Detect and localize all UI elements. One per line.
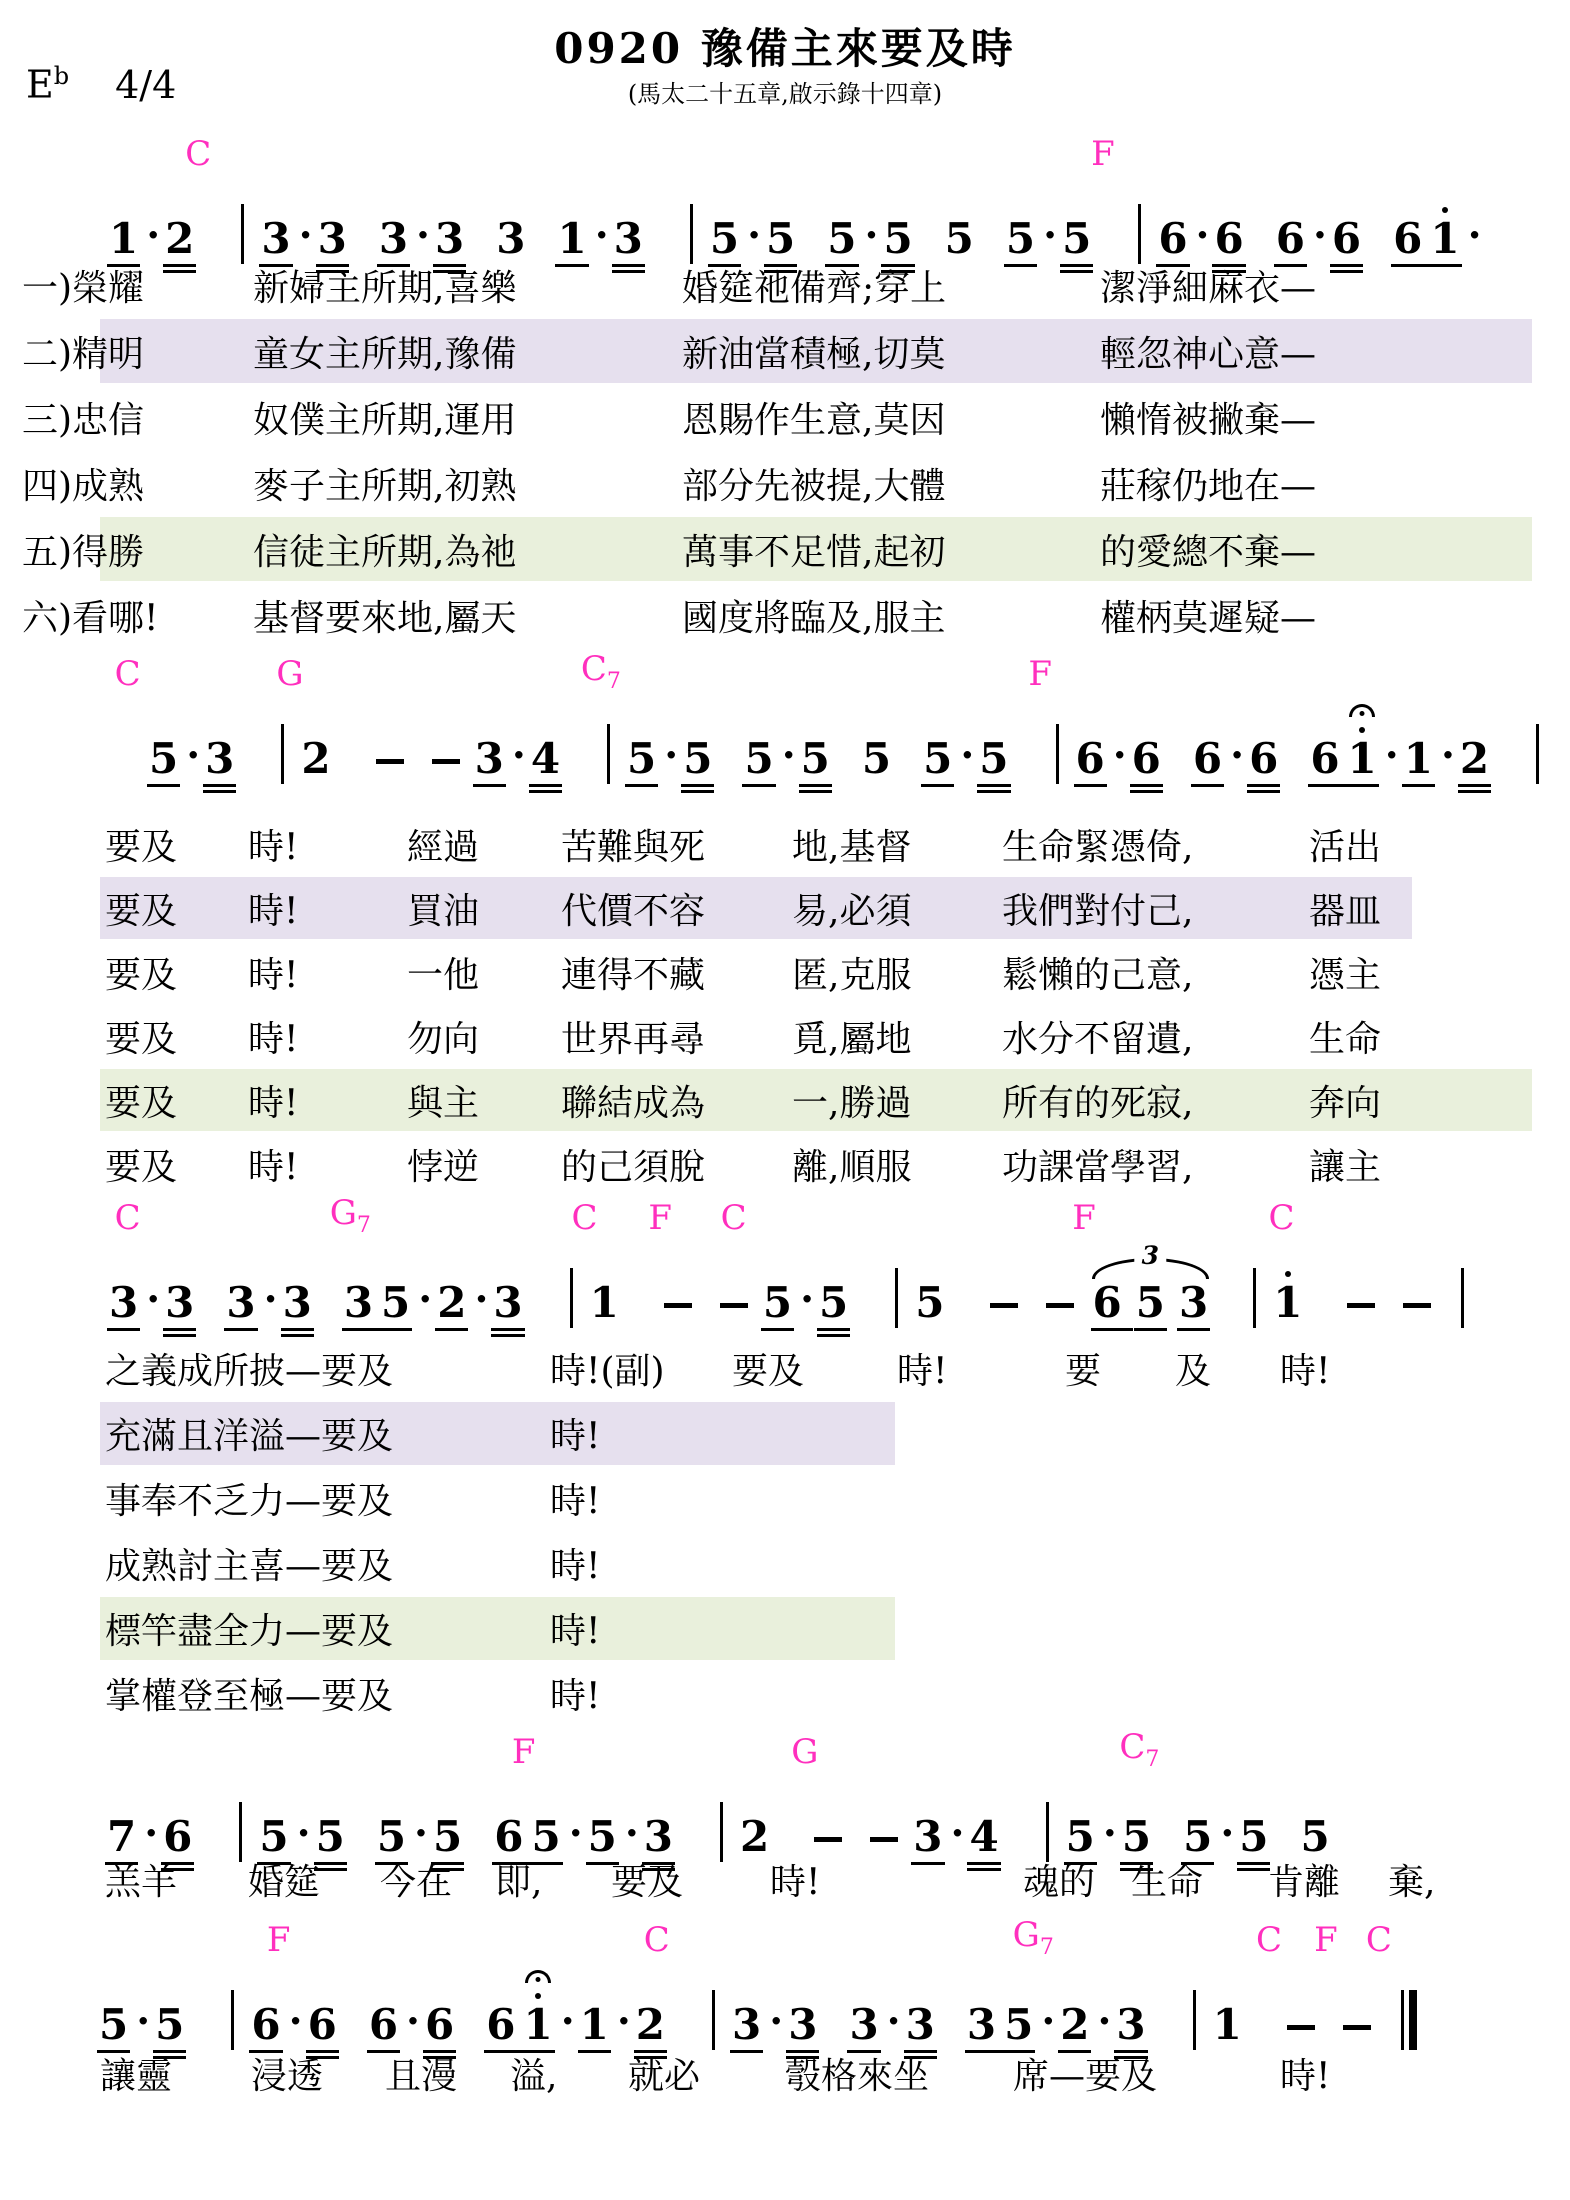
- lyric-cell: 及: [1175, 1343, 1280, 1394]
- lyric-cell: 時!: [248, 947, 407, 998]
- chorus-row: 之義成所披—要及時!(副)要及時!要及時!: [0, 1336, 1570, 1401]
- duration-dot: ·: [617, 2002, 631, 2042]
- lyric-cell: 讓靈: [100, 2048, 251, 2099]
- lyric-cell: 要及: [105, 1139, 248, 1190]
- chord-label: C: [1256, 1920, 1282, 1960]
- lyric-cell: 輕忽神心意—: [1100, 326, 1316, 377]
- lyric-cell: 國度將臨及,服主: [682, 590, 1100, 641]
- note-number: 2: [301, 734, 330, 783]
- key-signature: Eb4/4: [26, 62, 176, 107]
- lyric-cell: 器皿: [1309, 883, 1381, 934]
- note-dash: [376, 759, 404, 764]
- verse-block: 一)榮耀新婦主所期,喜樂婚筵祂備齊;穿上潔淨細麻衣—二)精明童女主所期,豫備新油…: [0, 252, 1570, 648]
- lyric-cell: 一)榮耀: [22, 260, 253, 311]
- note: 3: [204, 738, 235, 780]
- duration-dot: ·: [951, 1814, 965, 1854]
- lyric-cell: 麥子主所期,初熟: [253, 458, 682, 509]
- chord-label: F: [267, 1920, 291, 1960]
- chorus-row: 標竿盡全力—要及時!: [0, 1596, 1570, 1661]
- barline: [712, 1990, 715, 2050]
- chorus-row: 充滿且洋溢—要及時!: [0, 1401, 1570, 1466]
- verse-row: 四)成熟麥子主所期,初熟部分先被提,大體莊稼仍地在—: [0, 450, 1570, 516]
- note-number: 6: [425, 2000, 454, 2049]
- music-line-3: CG7CFCFC 3·33·335·2·315·5536531: [0, 1190, 1570, 1340]
- scripture-reference: (馬太二十五章,啟示錄十四章): [0, 74, 1570, 109]
- note-dash: [1287, 2025, 1315, 2030]
- note: 5: [743, 738, 774, 780]
- lyric-cell: 時!: [248, 1011, 407, 1062]
- note-dash: [1347, 1303, 1375, 1308]
- note-number: 1: [523, 2000, 552, 2049]
- lyric-cell: 時!: [248, 1075, 407, 1126]
- note: 3: [282, 1282, 313, 1324]
- lyric-cell: 童女主所期,豫備: [253, 326, 682, 377]
- barline: [1461, 1268, 1464, 1328]
- note: 3: [164, 1282, 195, 1324]
- lyric-cell: 買油: [407, 883, 561, 934]
- fermata-icon: [1349, 704, 1375, 717]
- note-number: 3: [849, 2000, 878, 2049]
- note-number: 6: [486, 2000, 515, 2049]
- note: 5: [914, 1282, 945, 1324]
- lyric-cell: 三)忠信: [22, 392, 253, 443]
- lyric-cell: 婚筵: [248, 1854, 380, 1905]
- note: 5: [682, 738, 713, 780]
- barline: [607, 724, 610, 784]
- refrain-row: 要及時!經過苦難與死地,基督生命緊憑倚,活出: [0, 812, 1570, 876]
- duration-dot: ·: [782, 736, 796, 776]
- note-dash: [1403, 1303, 1431, 1308]
- barline: [231, 1990, 234, 2050]
- chorus-row: 掌權登至極—要及時!: [0, 1661, 1570, 1726]
- note-number: 3: [967, 2000, 996, 2049]
- duration-dot: ·: [474, 1280, 488, 1320]
- note-number: 5: [99, 2000, 128, 2049]
- note-number: 5: [683, 734, 712, 783]
- hymn-sheet-page: { "header": { "title": "0920 豫備主來要及時", "…: [0, 0, 1570, 2200]
- note: 2: [1059, 2004, 1090, 2046]
- note-number: 2: [1460, 734, 1489, 783]
- note: 4: [530, 738, 561, 780]
- note: 3: [108, 1282, 139, 1324]
- duration-dot: ·: [865, 216, 879, 256]
- lyric-cell: 時!: [550, 1603, 600, 1654]
- chord-row: FCG7CFC: [0, 1912, 1570, 1962]
- note: 5: [762, 1282, 793, 1324]
- lyric-cell: 懶惰被撇棄—: [1100, 392, 1316, 443]
- note: 3: [1115, 2004, 1146, 2046]
- chord-label: C7: [1119, 1727, 1159, 1772]
- note: 1: [1212, 2004, 1243, 2046]
- lyric-cell: 活出: [1309, 819, 1381, 870]
- lyric-cell: 苦難與死: [561, 819, 792, 870]
- note-number: 5: [1136, 1278, 1165, 1327]
- lyric-cell: 浸透: [251, 2048, 385, 2099]
- verse-row: 三)忠信奴僕主所期,運用恩賜作生意,莫因懶惰被撇棄—: [0, 384, 1570, 450]
- lyric-cell: 要及: [105, 1075, 248, 1126]
- lyric-cell: 萬事不足惜,起初: [682, 524, 1100, 575]
- lyric-cell: 時!: [550, 1538, 600, 1589]
- note: 6: [1248, 738, 1279, 780]
- chord-row: CF: [0, 126, 1570, 176]
- lyric-cell: 新婦主所期,喜樂: [253, 260, 682, 311]
- lyric-cell: 與主: [407, 1075, 561, 1126]
- lyric-cell: 時!: [550, 1668, 600, 1719]
- note-number: 3: [283, 1278, 312, 1327]
- lyric-cell: 婚筵祂備齊;穿上: [682, 260, 1100, 311]
- lyric-cell: 要及: [611, 1854, 770, 1905]
- lyric-cell: 今在: [380, 1854, 495, 1905]
- lyric-cell: 五)得勝: [22, 524, 253, 575]
- duration-dot: ·: [1103, 1814, 1117, 1854]
- lyric-cell: 要及: [732, 1343, 897, 1394]
- duration-dot: ·: [289, 2002, 303, 2042]
- note-number: 3: [1179, 1278, 1208, 1327]
- chord-label: G: [276, 654, 303, 694]
- lyric-cell: 水分不留遺,: [1002, 1011, 1309, 1062]
- duration-dot: ·: [1097, 2002, 1111, 2042]
- barline: [1253, 1268, 1256, 1328]
- duration-dot: ·: [747, 216, 761, 256]
- lyric-cell: 聯結成為: [561, 1075, 792, 1126]
- chord-label: F: [1072, 1198, 1096, 1238]
- duration-dot: ·: [595, 216, 609, 256]
- duration-dot: ·: [512, 736, 526, 776]
- lyric-cell: 地,基督: [792, 819, 1002, 870]
- lyric-cell: 就必: [628, 2048, 785, 2099]
- note-number: 6: [251, 2000, 280, 2049]
- note: 3: [731, 2004, 762, 2046]
- note-number: 3: [344, 1278, 373, 1327]
- lyric-cell: 易,必須: [792, 883, 1002, 934]
- note-number: 5: [801, 734, 830, 783]
- chorus-row: 事奉不乏力—要及時!: [0, 1466, 1570, 1531]
- duration-dot: ·: [1468, 216, 1482, 256]
- music-line-5: FCG7CFC 5·56·66·661·1·23·33·335·2·31: [0, 1912, 1570, 2062]
- lyric-row: 羔羊婚筵今在即,要及時!魂的生命肯離棄,: [0, 1850, 1570, 1908]
- octave-dot: [1359, 727, 1365, 733]
- note-number: 4: [531, 734, 560, 783]
- music-line-2: CGC7F 5·323·45·55·555·56·66·661·1·2: [0, 646, 1570, 796]
- note-dash: [664, 1303, 692, 1308]
- lyric-cell: 六)看哪!: [22, 590, 253, 641]
- lyric-cell: 要及: [105, 883, 248, 934]
- lyric-cell: 時!: [1280, 1343, 1330, 1394]
- note-number: 1: [1213, 2000, 1242, 2049]
- lyric-cell: 時!: [897, 1343, 1065, 1394]
- lyric-cell: 一,勝過: [792, 1075, 1002, 1126]
- refrain-row: 要及時!買油代價不容易,必須我們對付己,器皿: [0, 876, 1570, 940]
- lyric-cell: 離,順服: [792, 1139, 1002, 1190]
- duration-dot: ·: [887, 2002, 901, 2042]
- note-number: 5: [744, 734, 773, 783]
- chord-label: C: [115, 1198, 141, 1238]
- note-number: 6: [1076, 734, 1105, 783]
- note-number: 6: [1093, 1278, 1122, 1327]
- chord-label: F: [512, 1732, 536, 1772]
- duration-dot: ·: [1385, 736, 1399, 776]
- barline: [281, 724, 284, 784]
- note: 1: [589, 1282, 620, 1324]
- duration-dot: ·: [1196, 216, 1210, 256]
- refrain-row: 要及時!與主聯結成為一,勝過所有的死寂,奔向: [0, 1068, 1570, 1132]
- note-number: 6: [1193, 734, 1222, 783]
- note-dash: [720, 1303, 748, 1308]
- note-number: 2: [437, 1278, 466, 1327]
- chord-label: F: [1028, 654, 1052, 694]
- lyric-cell: 莊稼仍地在—: [1100, 458, 1316, 509]
- note: 1: [522, 2004, 553, 2046]
- chord-label: C: [185, 134, 211, 174]
- duration-dot: ·: [414, 1814, 428, 1854]
- note-number: 5: [819, 1278, 848, 1327]
- triplet-group: 3653: [1092, 1282, 1210, 1324]
- lyric-cell: 信徒主所期,為祂: [253, 524, 682, 575]
- note-number: 3: [475, 734, 504, 783]
- note-number: 3: [109, 1278, 138, 1327]
- refrain-block: 要及時!經過苦難與死地,基督生命緊憑倚,活出要及時!買油代價不容易,必須我們對付…: [0, 812, 1570, 1196]
- note-number: 1: [590, 1278, 619, 1327]
- note-number: 1: [580, 2000, 609, 2049]
- lyric-cell: 讓主: [1309, 1139, 1381, 1190]
- lyric-cell: 覓,屬地: [792, 1011, 1002, 1062]
- lyric-cell: 要及: [105, 947, 248, 998]
- lyric-cell: 恩賜作生意,莫因: [682, 392, 1100, 443]
- lyric-line-4: 羔羊婚筵今在即,要及時!魂的生命肯離棄,: [0, 1850, 1570, 1908]
- lyric-cell: 我們對付己,: [1002, 883, 1309, 934]
- lyric-cell: 棄,: [1388, 1854, 1435, 1905]
- verse-row: 六)看哪!基督要來地,屬天國度將臨及,服主權柄莫遲疑—: [0, 582, 1570, 648]
- duration-dot: ·: [146, 1280, 160, 1320]
- note: 5: [818, 1282, 849, 1324]
- note-number: 1: [1404, 734, 1433, 783]
- barline: [895, 1268, 898, 1328]
- refrain-row: 要及時!一他連得不藏匿,克服鬆懶的己意,憑主: [0, 940, 1570, 1004]
- duration-dot: ·: [769, 2002, 783, 2042]
- note: 6: [1092, 1282, 1123, 1324]
- note-number: 5: [627, 734, 656, 783]
- lyric-cell: 時!: [550, 1408, 600, 1459]
- lyric-cell: 功課當學習,: [1002, 1139, 1309, 1190]
- lyric-cell: 事奉不乏力—要及: [105, 1473, 550, 1524]
- lyric-cell: 即,: [495, 1854, 611, 1905]
- duration-dot: ·: [1220, 1814, 1234, 1854]
- fermata-icon: [525, 1970, 551, 1983]
- lyric-cell: 時!: [248, 883, 407, 934]
- note: 2: [1459, 738, 1490, 780]
- note-dash: [814, 1837, 842, 1842]
- final-barline: [1401, 1990, 1417, 2050]
- duration-dot: ·: [1441, 736, 1455, 776]
- note: 6: [368, 2004, 399, 2046]
- lyric-cell: 掌權登至極—要及: [105, 1668, 550, 1719]
- note: 5: [978, 738, 1009, 780]
- note-number: 5: [1004, 2000, 1033, 2049]
- duration-dot: ·: [1041, 2002, 1055, 2042]
- duration-dot: ·: [1113, 736, 1127, 776]
- note-dash: [990, 1303, 1018, 1308]
- note-number: 3: [788, 2000, 817, 2049]
- lyric-cell: 連得不藏: [561, 947, 792, 998]
- note-number: 1: [1273, 1278, 1302, 1327]
- note-number: 6: [1132, 734, 1161, 783]
- note-number: 3: [165, 1278, 194, 1327]
- note-number: 5: [923, 734, 952, 783]
- note: 1: [579, 2004, 610, 2046]
- chord-label: G7: [1013, 1915, 1054, 1960]
- chord-label: C: [644, 1920, 670, 1960]
- duration-dot: ·: [569, 1814, 583, 1854]
- flat-accidental-icon: b: [54, 62, 69, 90]
- page-title: 0920 豫備主來要及時: [0, 16, 1570, 76]
- duration-dot: ·: [1043, 216, 1057, 256]
- note: 3: [905, 2004, 936, 2046]
- note: 5: [1003, 2004, 1034, 2046]
- chord-label: C: [571, 1198, 597, 1238]
- octave-dot: [535, 1993, 541, 1999]
- note: 6: [485, 2004, 516, 2046]
- chord-label: C: [115, 654, 141, 694]
- note-number: 3: [732, 2000, 761, 2049]
- lyric-cell: 標竿盡全力—要及: [105, 1603, 550, 1654]
- lyric-cell: 的己須脫: [561, 1139, 792, 1190]
- note-number: 2: [636, 2000, 665, 2049]
- note-number: 3: [226, 1278, 255, 1327]
- lyric-cell: 部分先被提,大體: [682, 458, 1100, 509]
- chord-row: CGC7F: [0, 646, 1570, 696]
- barline: [1193, 1990, 1196, 2050]
- chord-row: FGC7: [0, 1724, 1570, 1774]
- lyric-cell: 基督要來地,屬天: [253, 590, 682, 641]
- duration-dot: ·: [146, 216, 160, 256]
- duration-dot: ·: [297, 1814, 311, 1854]
- note-number: 5: [763, 1278, 792, 1327]
- duration-dot: ·: [186, 736, 200, 776]
- note-number: 2: [1060, 2000, 1089, 2049]
- lyric-cell: 羔羊: [105, 1854, 248, 1905]
- note: 2: [635, 2004, 666, 2046]
- note-number: 5: [915, 1278, 944, 1327]
- chord-label: F: [1091, 134, 1115, 174]
- duration-dot: ·: [664, 736, 678, 776]
- note-number: 6: [1249, 734, 1278, 783]
- lyric-row: 讓靈浸透且漫溢,就必彀格來坐席—要及時!: [0, 2044, 1570, 2102]
- lyric-cell: 潔淨細麻衣—: [1100, 260, 1316, 311]
- duration-dot: ·: [561, 2002, 575, 2042]
- lyric-cell: 生命緊憑倚,: [1002, 819, 1309, 870]
- note-number: 3: [1116, 2000, 1145, 2049]
- lyric-cell: 時!(副): [550, 1343, 732, 1394]
- lyric-cell: 生命: [1131, 1854, 1268, 1905]
- lyric-cell: 二)精明: [22, 326, 253, 377]
- note-number: 6: [369, 2000, 398, 2049]
- lyric-cell: 一他: [407, 947, 561, 998]
- note: 5: [1135, 1282, 1166, 1324]
- lyric-cell: 且漫: [385, 2048, 510, 2099]
- lyric-cell: 時!: [248, 1139, 407, 1190]
- note-dash: [432, 759, 460, 764]
- note-number: 3: [906, 2000, 935, 2049]
- duration-dot: ·: [960, 736, 974, 776]
- lyric-cell: 所有的死寂,: [1002, 1075, 1309, 1126]
- chord-label: C: [1269, 1198, 1295, 1238]
- note: 6: [424, 2004, 455, 2046]
- duration-dot: ·: [416, 216, 430, 256]
- lyric-cell: 時!: [550, 1473, 600, 1524]
- duration-dot: ·: [800, 1280, 814, 1320]
- duration-dot: ·: [418, 1280, 432, 1320]
- note: 6: [307, 2004, 338, 2046]
- note: 1: [1403, 738, 1434, 780]
- lyric-cell: 時!: [248, 819, 407, 870]
- note: 3: [848, 2004, 879, 2046]
- duration-dot: ·: [144, 1814, 158, 1854]
- duration-dot: ·: [264, 1280, 278, 1320]
- note: 5: [98, 2004, 129, 2046]
- chorus-row: 成熟討主喜—要及時!: [0, 1531, 1570, 1596]
- lyric-cell: 肯離: [1268, 1854, 1388, 1905]
- note: 5: [800, 738, 831, 780]
- barline: [1056, 724, 1059, 784]
- lyric-cell: 鬆懶的己意,: [1002, 947, 1309, 998]
- duration-dot: ·: [625, 1814, 639, 1854]
- chord-row: CG7CFCFC: [0, 1190, 1570, 1240]
- note-number: 3: [493, 1278, 522, 1327]
- lyric-cell: 席—要及: [1013, 2048, 1280, 2099]
- lyric-cell: 憑主: [1309, 947, 1381, 998]
- note-number: 1: [1348, 734, 1377, 783]
- chord-label: G: [791, 1732, 818, 1772]
- lyric-cell: 要及: [105, 819, 248, 870]
- duration-dot: ·: [1313, 216, 1327, 256]
- lyric-cell: 的愛總不棄—: [1100, 524, 1316, 575]
- lyric-cell: 新油當積極,切莫: [682, 326, 1100, 377]
- lyric-cell: 奴僕主所期,運用: [253, 392, 682, 443]
- lyric-cell: 匿,克服: [792, 947, 1002, 998]
- duration-dot: ·: [299, 216, 313, 256]
- chord-label: C: [721, 1198, 747, 1238]
- note: 3: [225, 1282, 256, 1324]
- note: 3: [492, 1282, 523, 1324]
- note: 6: [1192, 738, 1223, 780]
- triplet-number: 3: [1135, 1242, 1166, 1270]
- note: 5: [148, 738, 179, 780]
- lyric-cell: 魂的: [1023, 1854, 1131, 1905]
- duration-dot: ·: [406, 2002, 420, 2042]
- note: 3: [474, 738, 505, 780]
- note: 6: [1075, 738, 1106, 780]
- duration-dot: ·: [1230, 736, 1244, 776]
- lyric-cell: 之義成所披—要及: [105, 1343, 550, 1394]
- lyric-cell: 權柄莫遲疑—: [1100, 590, 1316, 641]
- chorus-block: 之義成所披—要及時!(副)要及時!要及時!充滿且洋溢—要及時!事奉不乏力—要及時…: [0, 1336, 1570, 1726]
- note-number: 5: [979, 734, 1008, 783]
- note: 3: [1178, 1282, 1209, 1324]
- notation-row: 5·56·66·661·1·23·33·335·2·31: [0, 1994, 1570, 2046]
- verse-row: 五)得勝信徒主所期,為祂萬事不足惜,起初的愛總不棄—: [0, 516, 1570, 582]
- octave-dot: [1285, 1271, 1291, 1277]
- chord-label: C: [1366, 1920, 1392, 1960]
- note: 5: [922, 738, 953, 780]
- note-dash: [870, 1837, 898, 1842]
- time-signature: 4/4: [115, 63, 176, 107]
- note-number: 5: [149, 734, 178, 783]
- refrain-row: 要及時!勿向世界再尋覓,屬地水分不留遺,生命: [0, 1004, 1570, 1068]
- verse-row: 一)榮耀新婦主所期,喜樂婚筵祂備齊;穿上潔淨細麻衣—: [0, 252, 1570, 318]
- note-number: 5: [862, 734, 891, 783]
- lyric-line-5: 讓靈浸透且漫溢,就必彀格來坐席—要及時!: [0, 2044, 1570, 2102]
- note-number: 6: [1310, 734, 1339, 783]
